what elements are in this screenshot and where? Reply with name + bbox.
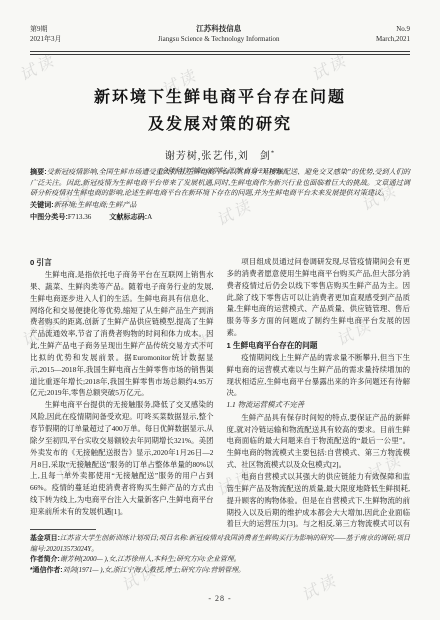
right-column: 项目组成员通过问卷调研发现,尽管疫情期间会有更多的消费者愿意使用生鲜电商平台购买… [227,256,411,528]
article-title-line2: 及发展对策的研究 [0,111,440,138]
article-title: 新环境下生鲜电商平台存在问题 及发展对策的研究 [0,84,440,138]
authors-line: 谢芳树,张艺伟,刘 剑* [0,147,440,162]
corresponding-author-text: 刘剑(1971— ),女,浙江宁海人,教授,博士;研究方向:营销管理。 [63,567,245,574]
page-number: - 28 - [0,594,440,603]
article-body: 0 引言 生鲜电商,是指依托电子商务平台在互联网上销售水果、蔬菜、生鲜肉类等产品… [30,256,410,528]
issue-date-en: March,2021 [376,34,410,44]
abstract: 摘要:受新冠疫情影响,全国生鲜市场遭受重大打击,生鲜电商平台以其自身“无接触配送… [30,167,410,199]
fund-project-text: 江苏省大学生创新训练计划项目;项目名称:新冠疫情对我国消费者生鲜购买行为影响的研… [30,535,410,553]
left-column: 0 引言 生鲜电商,是指依托电子商务平台在互联网上销售水果、蔬菜、生鲜肉类等产品… [30,256,214,528]
abstract-label: 摘要: [30,168,47,176]
issue-number: 第9期 [30,24,62,34]
fund-project-note: 基金项目:江苏省大学生创新训练计划项目;项目名称:新冠疫情对我国消费者生鲜购买行… [30,534,410,555]
section-heading-1: 1 生鲜电商平台存在的问题 [227,339,411,352]
corresponding-author-mark: * [271,150,275,157]
clc-value: F713.36 [68,213,91,221]
body-paragraph: 生鲜电商,是指依托电子商务平台在互联网上销售水果、蔬菜、生鲜肉类等产品。随着电子… [30,269,214,399]
keywords-text: 新环境;生鲜电商;生鲜产品 [54,201,137,209]
keywords-line: 关键词:新环境;生鲜电商;生鲜产品 [30,200,410,211]
header-divider [30,51,410,55]
doc-code-value: A [147,213,152,221]
body-paragraph: 疫情期间线上生鲜产品的需求量不断攀升,但当下生鲜电商的运营模式难以与生鲜产品的需… [227,352,411,399]
author-names: 谢芳树,张艺伟,刘 剑 [165,151,271,162]
subsection-heading-1-1: 1.1 物流运营模式不完善 [227,399,411,412]
section-heading-0: 0 引言 [30,256,214,269]
journal-name-cn: 江苏科技信息 [158,24,279,34]
title-block: 新环境下生鲜电商平台存在问题 及发展对策的研究 谢芳树,张艺伟,刘 剑* (金陵… [0,84,440,176]
fund-project-label: 基金项目: [30,535,60,542]
paper-page: 试读 试读 试读 试读 试读 试读 试读 试读 试读 试读 试读 试读 试读 试… [0,0,440,620]
author-bio-label: 作者简介: [30,556,60,563]
author-bio-note: 作者简介:谢芳树(2000— ),女,江苏徐州人,本科生;研究方向:企业管理。 [30,555,410,566]
meta-block: 摘要:受新冠疫情影响,全国生鲜市场遭受重大打击,生鲜电商平台以其自身“无接触配送… [30,167,410,223]
keywords-label: 关键词: [30,201,54,209]
issue-number-en: No.9 [376,24,410,34]
header-issue-block: 第9期 2021年3月 [30,24,62,44]
clc-label: 中图分类号: [30,213,68,221]
article-title-line1: 新环境下生鲜电商平台存在问题 [0,84,440,111]
abstract-text: 受新冠疫情影响,全国生鲜市场遭受重大打击,生鲜电商平台以其自身“无接触配送、避免… [30,168,410,197]
author-bio-text: 谢芳树(2000— ),女,江苏徐州人,本科生;研究方向:企业管理。 [60,556,241,563]
journal-name-en: Jiangsu Science & Technology Information [158,34,279,44]
footnote-divider [30,529,96,530]
corresponding-author-label: *通信作者: [30,567,63,574]
footnote-block: 基金项目:江苏省大学生创新训练计划项目;项目名称:新冠疫情对我国消费者生鲜购买行… [30,529,410,576]
issue-date: 2021年3月 [30,34,62,44]
journal-header: 第9期 2021年3月 江苏科技信息 Jiangsu Science & Tec… [30,24,410,44]
header-journal-block: 江苏科技信息 Jiangsu Science & Technology Info… [158,24,279,44]
header-issue-en-block: No.9 March,2021 [376,24,410,44]
doc-code-label: 文献标志码: [109,213,147,221]
clc-line: 中图分类号:F713.36文献标志码:A [30,212,410,223]
body-paragraph: 电商自营模式以其强大的供应链能力有效保障和监管生鲜产品及物流配送的质量,最大限度… [227,471,411,528]
body-paragraph: 生鲜电商平台提供的无接触服务,降低了交叉感染的风险,因此在疫情期间备受欢迎。叮咚… [30,399,214,517]
body-paragraph: 生鲜产品具有保存时间短的特点,要保证产品的新鲜度,就对冷链运输和物流配送具有较高… [227,412,411,471]
body-paragraph: 项目组成员通过问卷调研发现,尽管疫情期间会有更多的消费者愿意使用生鲜电商平台购买… [227,256,411,339]
corresponding-author-note: *通信作者:刘剑(1971— ),女,浙江宁海人,教授,博士;研究方向:营销管理… [30,566,410,577]
